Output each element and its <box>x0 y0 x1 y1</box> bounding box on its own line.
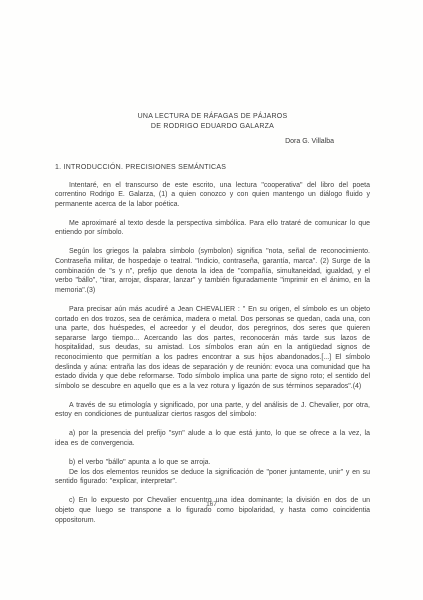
paragraph: A través de su etimología y significado,… <box>55 401 370 420</box>
article-title: UNA LECTURA DE RÁFAGAS DE PÁJAROS DE ROD… <box>55 112 370 132</box>
section-heading: 1. INTRODUCCIÓN. PRECISIONES SEMÁNTICAS <box>55 164 370 171</box>
page-number: 167 <box>0 501 423 508</box>
article-title-line-2: DE RODRIGO EDUARDO GALARZA <box>55 122 370 132</box>
paragraph: Según los griegos la palabra símbolo (sy… <box>55 247 370 295</box>
paragraph-item-b: b) el verbo "bállo" apunta a lo que se a… <box>55 458 370 468</box>
author-name: Dora G. Villalba <box>55 138 370 145</box>
page-content: UNA LECTURA DE RÁFAGAS DE PÁJAROS DE ROD… <box>55 0 370 525</box>
paragraph-item-a: a) por la presencia del prefijo "syn" al… <box>55 429 370 448</box>
paragraph-item-b-continuation: De los dos elementos reunidos se deduce … <box>55 468 370 487</box>
paragraph: Me aproximaré al texto desde la perspect… <box>55 219 370 238</box>
article-body: Intentaré, en el transcurso de este escr… <box>55 181 370 526</box>
document-page: UNA LECTURA DE RÁFAGAS DE PÁJAROS DE ROD… <box>0 0 423 600</box>
article-title-line-1: UNA LECTURA DE RÁFAGAS DE PÁJAROS <box>55 112 370 122</box>
paragraph: Para precisar aún más acudiré a Jean CHE… <box>55 305 370 391</box>
paragraph: Intentaré, en el transcurso de este escr… <box>55 181 370 210</box>
